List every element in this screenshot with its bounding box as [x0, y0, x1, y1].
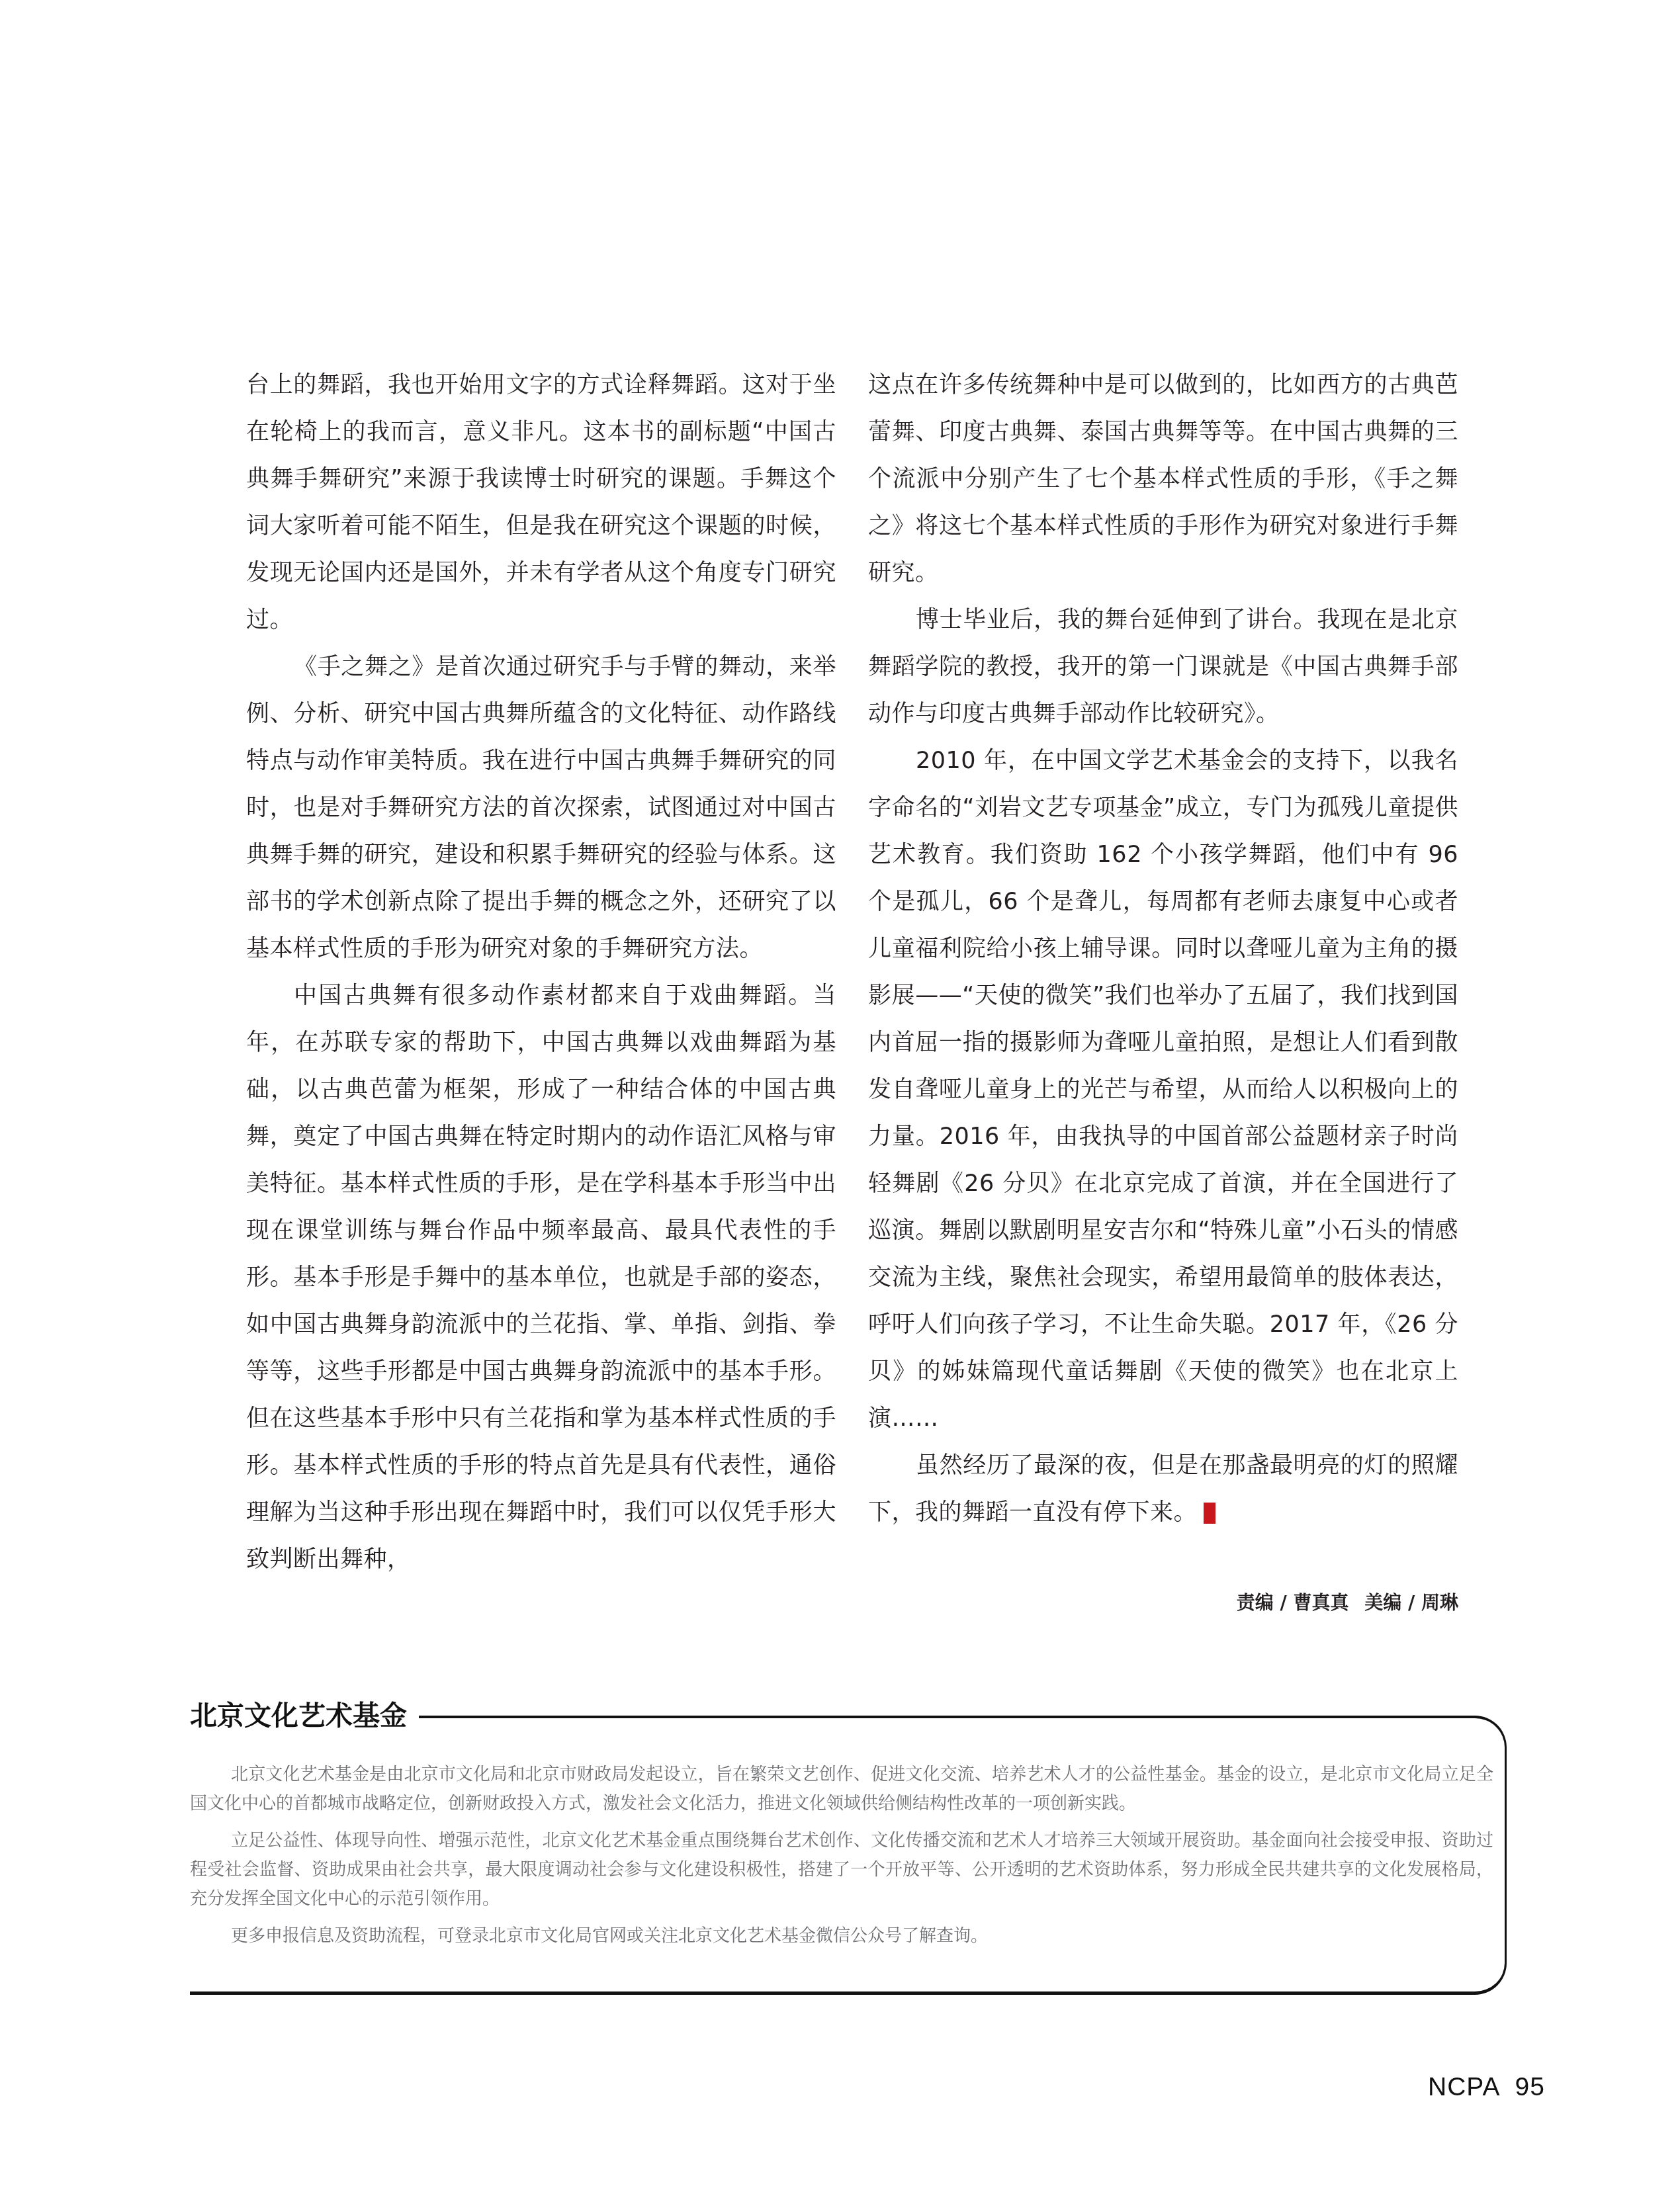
article-final-text: 虽然经历了最深的夜，但是在那盏最明亮的灯的照耀下，我的舞蹈一直没有停下来。 — [868, 1452, 1458, 1526]
fund-paragraph: 北京文化艺术基金是由北京市文化局和北京市财政局发起设立，旨在繁荣文艺创作、促进文… — [190, 1760, 1493, 1818]
page-number: 95 — [1515, 2073, 1544, 2101]
article-left-column: 台上的舞蹈，我也开始用文字的方式诠释舞蹈。这对于坐在轮椅上的我而言，意义非凡。这… — [246, 362, 836, 1583]
article-paragraph: 《手之舞之》是首次通过研究手与手臂的舞动，来举例、分析、研究中国古典舞所蕴含的文… — [246, 644, 836, 973]
article-paragraph: 台上的舞蹈，我也开始用文字的方式诠释舞蹈。这对于坐在轮椅上的我而言，意义非凡。这… — [246, 362, 836, 644]
fund-paragraph: 更多申报信息及资助流程，可登录北京市文化局官网或关注北京文化艺术基金微信公众号了… — [190, 1921, 1493, 1950]
article-paragraph: 博士毕业后，我的舞台延伸到了讲台。我现在是北京舞蹈学院的教授，我开的第一门课就是… — [868, 597, 1458, 738]
end-mark-line1: NC — [1204, 1503, 1216, 1512]
article-paragraph: 这点在许多传统舞种中是可以做到的，比如西方的古典芭蕾舞、印度古典舞、泰国古典舞等… — [868, 362, 1458, 597]
end-mark-line2: PA — [1204, 1512, 1216, 1522]
fund-box-title: 北京文化艺术基金 — [190, 1697, 419, 1734]
article-paragraph: 中国古典舞有很多动作素材都来自于戏曲舞蹈。当年，在苏联专家的帮助下，中国古典舞以… — [246, 973, 836, 1583]
fund-paragraph: 立足公益性、体现导向性、增强示范性，北京文化艺术基金重点围绕舞台艺术创作、文化传… — [190, 1826, 1493, 1913]
fund-info-box: 北京文化艺术基金 北京文化艺术基金是由北京市文化局和北京市财政局发起设立，旨在繁… — [190, 1697, 1510, 1995]
page-folio: NCPA95 — [1428, 2073, 1545, 2102]
designer-credit: 美编 / 周琳 — [1364, 1592, 1458, 1614]
editor-credit: 责编 / 曹真真 — [1237, 1592, 1349, 1614]
article-paragraph: 2010 年，在中国文学艺术基金会的支持下，以我名字命名的“刘岩文艺专项基金”成… — [868, 738, 1458, 1442]
fund-box-body: 北京文化艺术基金是由北京市文化局和北京市财政局发起设立，旨在繁荣文艺创作、促进文… — [190, 1760, 1493, 1958]
ncpa-end-mark-icon: NCPA — [1204, 1503, 1216, 1524]
magazine-name: NCPA — [1428, 2073, 1500, 2101]
article-final-paragraph: 虽然经历了最深的夜，但是在那盏最明亮的灯的照耀下，我的舞蹈一直没有停下来。NCP… — [868, 1442, 1458, 1536]
article-right-column: 这点在许多传统舞种中是可以做到的，比如西方的古典芭蕾舞、印度古典舞、泰国古典舞等… — [868, 362, 1458, 1536]
editor-credits: 责编 / 曹真真 美编 / 周琳 — [1227, 1590, 1458, 1616]
